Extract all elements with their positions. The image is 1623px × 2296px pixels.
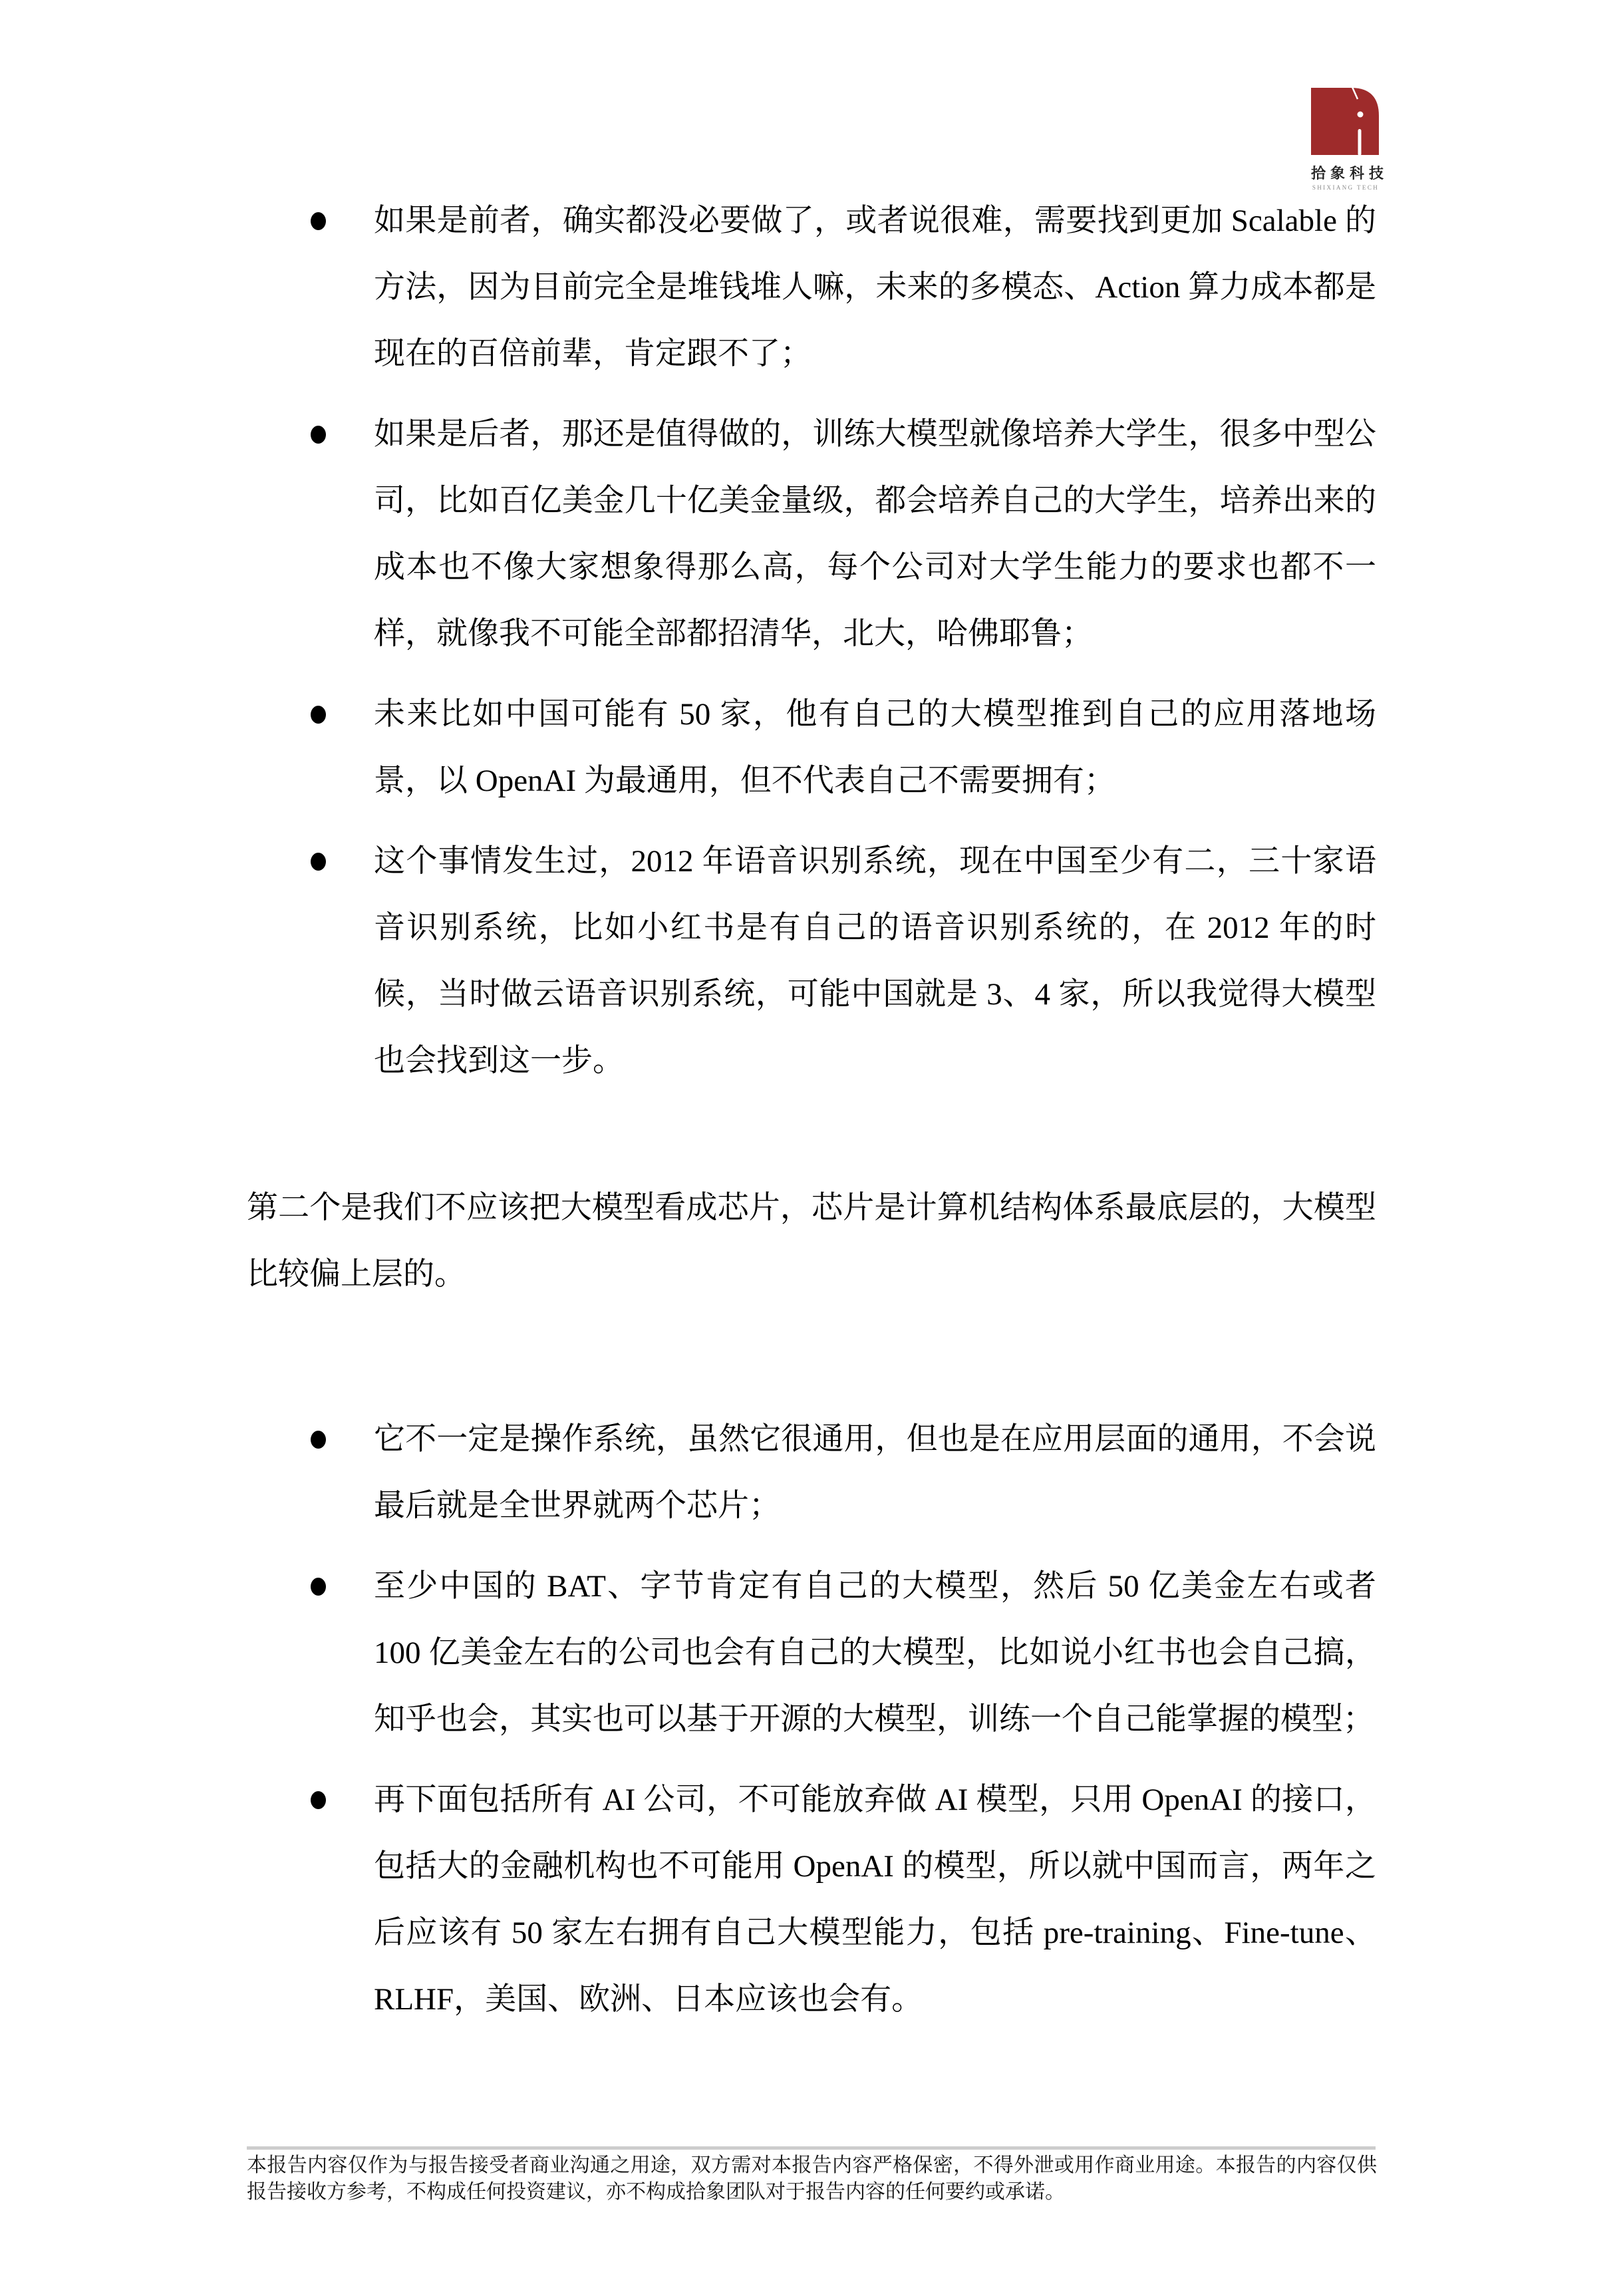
list-item: 至少中国的 BAT、字节肯定有自己的大模型，然后 50 亿美金左右或者 100 … [247, 1553, 1376, 1753]
bullet-list-2: 它不一定是操作系统，虽然它很通用，但也是在应用层面的通用，不会说最后就是全世界就… [247, 1406, 1376, 2047]
list-item: 如果是前者，确实都没必要做了，或者说很难，需要找到更加 Scalable 的方法… [247, 188, 1376, 387]
document-body: 如果是前者，确实都没必要做了，或者说很难，需要找到更加 Scalable 的方法… [247, 0, 1376, 2296]
list-item: 它不一定是操作系统，虽然它很通用，但也是在应用层面的通用，不会说最后就是全世界就… [247, 1406, 1376, 1539]
footer-divider [247, 2146, 1376, 2150]
list-item: 再下面包括所有 AI 公司，不可能放弃做 AI 模型，只用 OpenAI 的接口… [247, 1767, 1376, 2033]
list-item: 如果是后者，那还是值得做的，训练大模型就像培养大学生，很多中型公司，比如百亿美金… [247, 401, 1376, 667]
bullet-list-1: 如果是前者，确实都没必要做了，或者说很难，需要找到更加 Scalable 的方法… [247, 188, 1376, 1108]
footer-disclaimer: 本报告内容仅作为与报告接受者商业沟通之用途，双方需对本报告内容严格保密，不得外泄… [247, 2152, 1377, 2206]
list-item: 未来比如中国可能有 50 家，他有自己的大模型推到自己的应用落地场景，以 Ope… [247, 681, 1376, 814]
report-page: 拾象科技 SHIXIANG TECH 如果是前者，确实都没必要做了，或者说很难，… [0, 0, 1623, 2296]
section-paragraph: 第二个是我们不应该把大模型看成芯片，芯片是计算机结构体系最底层的，大模型比较偏上… [247, 1175, 1376, 1308]
list-item: 这个事情发生过，2012 年语音识别系统，现在中国至少有二，三十家语音识别系统，… [247, 828, 1376, 1094]
